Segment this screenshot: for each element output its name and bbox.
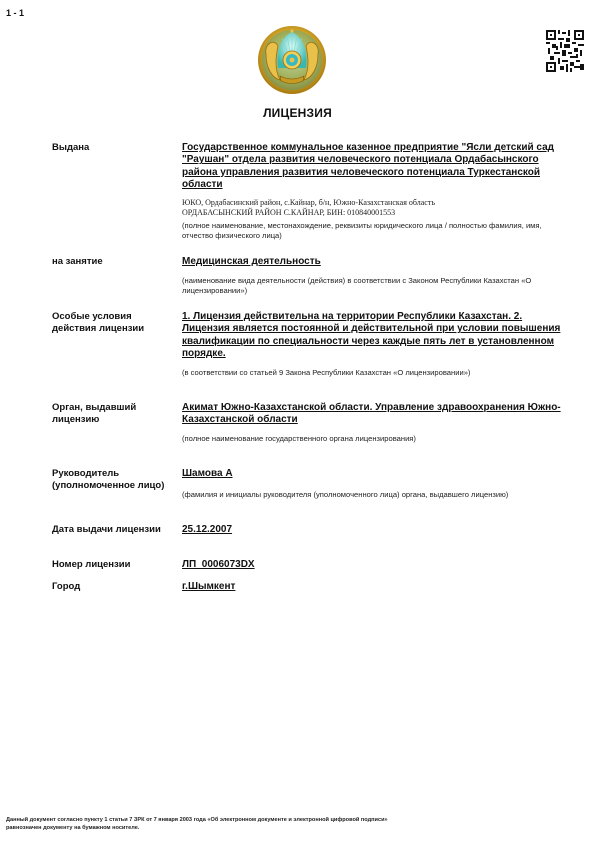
activity-value: Медицинская деятельность: [182, 256, 572, 268]
licensee-name: Государственное коммунальное казенное пр…: [182, 142, 572, 191]
license-number-value: ЛП 0006073DX: [182, 559, 572, 571]
field-note: (полное наименование государственного ор…: [182, 434, 572, 444]
special-conditions-value: 1. Лицензия действительна на территории …: [182, 311, 572, 360]
page-number: 1 - 1: [6, 8, 24, 18]
issue-date-value: 25.12.2007: [182, 524, 572, 536]
state-emblem-icon: [256, 24, 328, 96]
field-label: Дата выдачи лицензии: [52, 524, 177, 536]
field-label: Особые условия действия лицензии: [52, 311, 177, 335]
field-note: (в соответствии со статьей 9 Закона Респ…: [182, 368, 572, 378]
document-title: ЛИЦЕНЗИЯ: [0, 106, 595, 120]
field-label: Город: [52, 581, 177, 593]
legal-footer: Данный документ согласно пункту 1 статьи…: [6, 817, 388, 832]
field-label: Номер лицензии: [52, 559, 177, 571]
licensee-address-line1: ЮКО, Ордабасинский район, с.Кайнар, б/н,…: [182, 198, 572, 209]
licensee-address-line2: ОРДАБАСЫНСКИЙ РАЙОН С.КАЙНАР, БИН: 01084…: [182, 208, 572, 219]
issuing-authority-value: Акимат Южно-Казахстанской области. Управ…: [182, 402, 572, 427]
field-note: (наименование вида деятельности (действи…: [182, 276, 572, 296]
city-value: г.Шымкент: [182, 581, 572, 593]
field-label: Выдана: [52, 142, 177, 154]
field-label: на занятие: [52, 256, 177, 268]
footer-line-2: равнозначен документу на бумажном носите…: [6, 825, 388, 833]
head-value: Шамова А: [182, 468, 572, 480]
footer-line-1: Данный документ согласно пункту 1 статьи…: [6, 817, 388, 825]
qr-code-icon: [546, 30, 584, 72]
field-note: (полное наименование, местонахождение, р…: [182, 221, 572, 241]
field-label: Орган, выдавший лицензию: [52, 402, 177, 426]
field-label: Руководитель (уполномоченное лицо): [52, 468, 182, 492]
field-note: (фамилия и инициалы руководителя (уполно…: [182, 490, 572, 500]
